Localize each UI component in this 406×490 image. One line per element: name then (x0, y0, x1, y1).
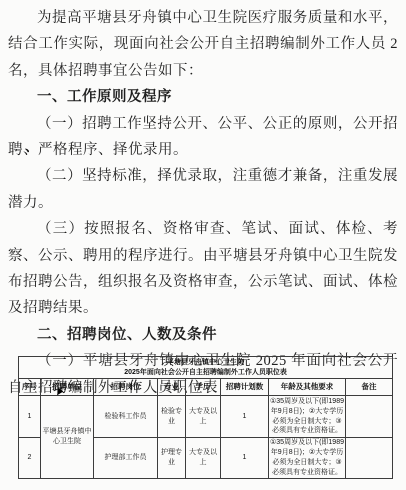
cell-seq: 2 (19, 438, 41, 479)
header-degree: 学历 (186, 379, 221, 396)
header-count: 招聘计划数 (221, 379, 269, 396)
cell-major: 护理专业 (158, 438, 186, 479)
table-title: 平塘县牙舟镇中心卫生院 2025年面向社会公开自主招聘编制外工作人员职位表 (19, 357, 393, 379)
cell-requirements: ①35周岁及以下(即1989年9月8日)；②大专学历必须为全日制大专；③必须具有… (269, 396, 346, 438)
paragraph-principle-3: （三）按照报名、资格审查、笔试、面试、体检、考察、公示、聘用的程序进行。由平塘县… (8, 216, 398, 322)
document-page: 为提高平塘县牙舟镇中心卫生院医疗服务质量和水平，结合工作实际，现面向社会公开自主… (0, 0, 406, 490)
table-title-row: 平塘县牙舟镇中心卫生院 2025年面向社会公开自主招聘编制外工作人员职位表 (19, 357, 393, 379)
paragraph-principle-1: （一）招聘工作坚持公开、公平、公正的原则，公开招聘、严格程序、择优录用。 (8, 111, 398, 164)
header-requirements: 年龄及其他要求 (269, 379, 346, 396)
table-header-row: 序号 招聘单位 招聘岗位 专业 学历 招聘计划数 年龄及其他要求 备注 (19, 379, 393, 396)
position-table: 平塘县牙舟镇中心卫生院 2025年面向社会公开自主招聘编制外工作人员职位表 序号… (18, 356, 393, 479)
header-major: 专业 (158, 379, 186, 396)
paragraph-intro: 为提高平塘县牙舟镇中心卫生院医疗服务质量和水平，结合工作实际，现面向社会公开自主… (8, 5, 398, 84)
stray-pen-mark: 、 (25, 136, 38, 155)
cell-count: 1 (221, 438, 269, 479)
cell-seq: 1 (19, 396, 41, 438)
cell-count: 1 (221, 396, 269, 438)
header-seq: 序号 (19, 379, 41, 396)
header-unit: 招聘单位 (41, 379, 94, 396)
notice-body: 为提高平塘县牙舟镇中心卫生院医疗服务质量和水平，结合工作实际，现面向社会公开自主… (8, 5, 398, 401)
table-title-line1: 平塘县牙舟镇中心卫生院 (20, 358, 391, 368)
header-note: 备注 (346, 379, 393, 396)
cell-degree: 大专及以上 (186, 396, 221, 438)
table-title-line2: 2025年面向社会公开自主招聘编制外工作人员职位表 (20, 368, 391, 378)
cell-post: 检验科工作员 (94, 396, 158, 438)
heading-section-1: 一、工作原则及程序 (8, 84, 398, 110)
heading-section-2: 二、招聘岗位、人数及条件 (8, 322, 398, 348)
cell-degree: 大专及以上 (186, 438, 221, 479)
header-post: 招聘岗位 (94, 379, 158, 396)
cell-note (346, 396, 393, 438)
cell-major: 检验专业 (158, 396, 186, 438)
cell-post: 护理部工作员 (94, 438, 158, 479)
cell-note (346, 438, 393, 479)
position-table-wrap: 平塘县牙舟镇中心卫生院 2025年面向社会公开自主招聘编制外工作人员职位表 序号… (18, 356, 392, 479)
cell-unit: 平塘县牙舟镇中心卫生院 (41, 396, 94, 479)
table-row: 1 平塘县牙舟镇中心卫生院 检验科工作员 检验专业 大专及以上 1 ①35周岁及… (19, 396, 393, 438)
paragraph-principle-2: （二）坚持标准，择优录取，注重德才兼备，注重发展潜力。 (8, 163, 398, 216)
cell-requirements: ①35周岁及以下(即1989年9月8日)；②大专学历必须为全日制大专；③必须具有… (269, 438, 346, 479)
